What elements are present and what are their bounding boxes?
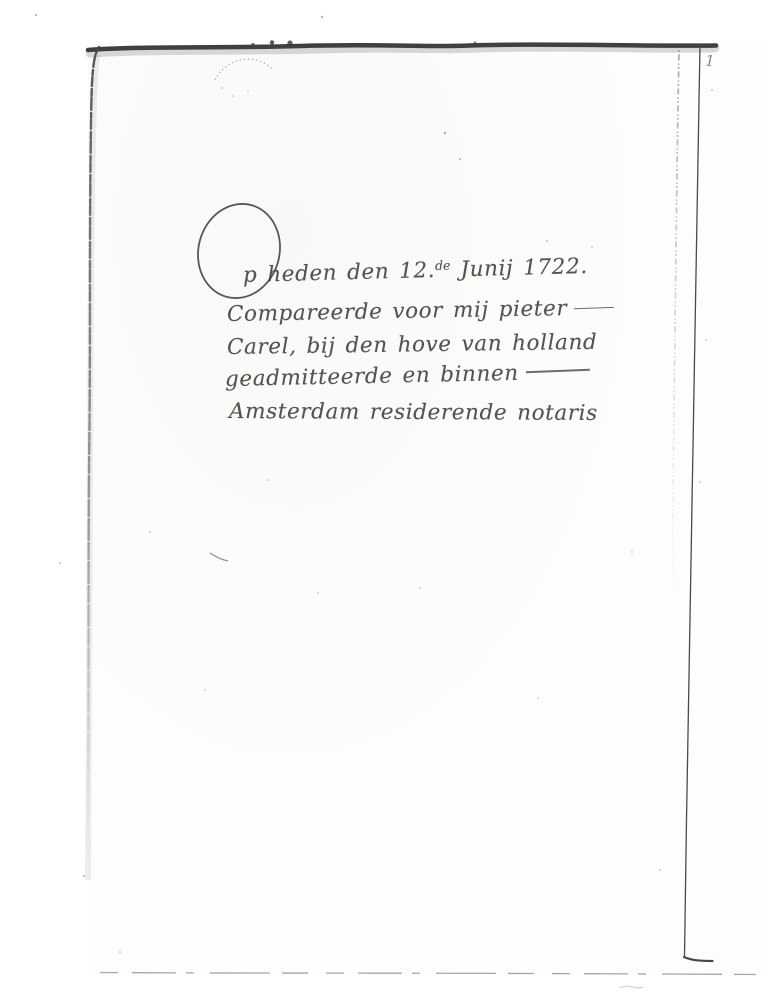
drop-cap-letter: O bbox=[0, 0, 1, 1]
manuscript-line-5: Amsterdam residerende notaris bbox=[229, 399, 598, 426]
line-1-text: p heden den 12. bbox=[243, 258, 436, 288]
pen-flourish-dash bbox=[574, 307, 614, 309]
scanned-document-page: O p heden den 12.de Junij 1722. Comparee… bbox=[0, 0, 768, 994]
line-3-text: Carel, bij den hove van holland bbox=[227, 330, 598, 360]
line-5-text: Amsterdam residerende notaris bbox=[229, 399, 598, 426]
line-4-text: geadmitteerde en binnen bbox=[225, 361, 519, 392]
manuscript-line-3: Carel, bij den hove van holland bbox=[227, 330, 598, 360]
manuscript-text-block: O p heden den 12.de Junij 1722. Comparee… bbox=[0, 0, 768, 994]
pen-flourish-dash bbox=[526, 369, 590, 373]
line-1-text-tail: Junij 1722. bbox=[450, 254, 588, 283]
manuscript-line-2: Compareerde voor mij pieter bbox=[227, 295, 615, 327]
line-2-text: Compareerde voor mij pieter bbox=[227, 296, 568, 327]
manuscript-line-1: p heden den 12.de Junij 1722. bbox=[243, 254, 588, 288]
line-1-superscript: de bbox=[435, 258, 451, 273]
manuscript-line-4: geadmitteerde en binnen bbox=[225, 359, 590, 392]
